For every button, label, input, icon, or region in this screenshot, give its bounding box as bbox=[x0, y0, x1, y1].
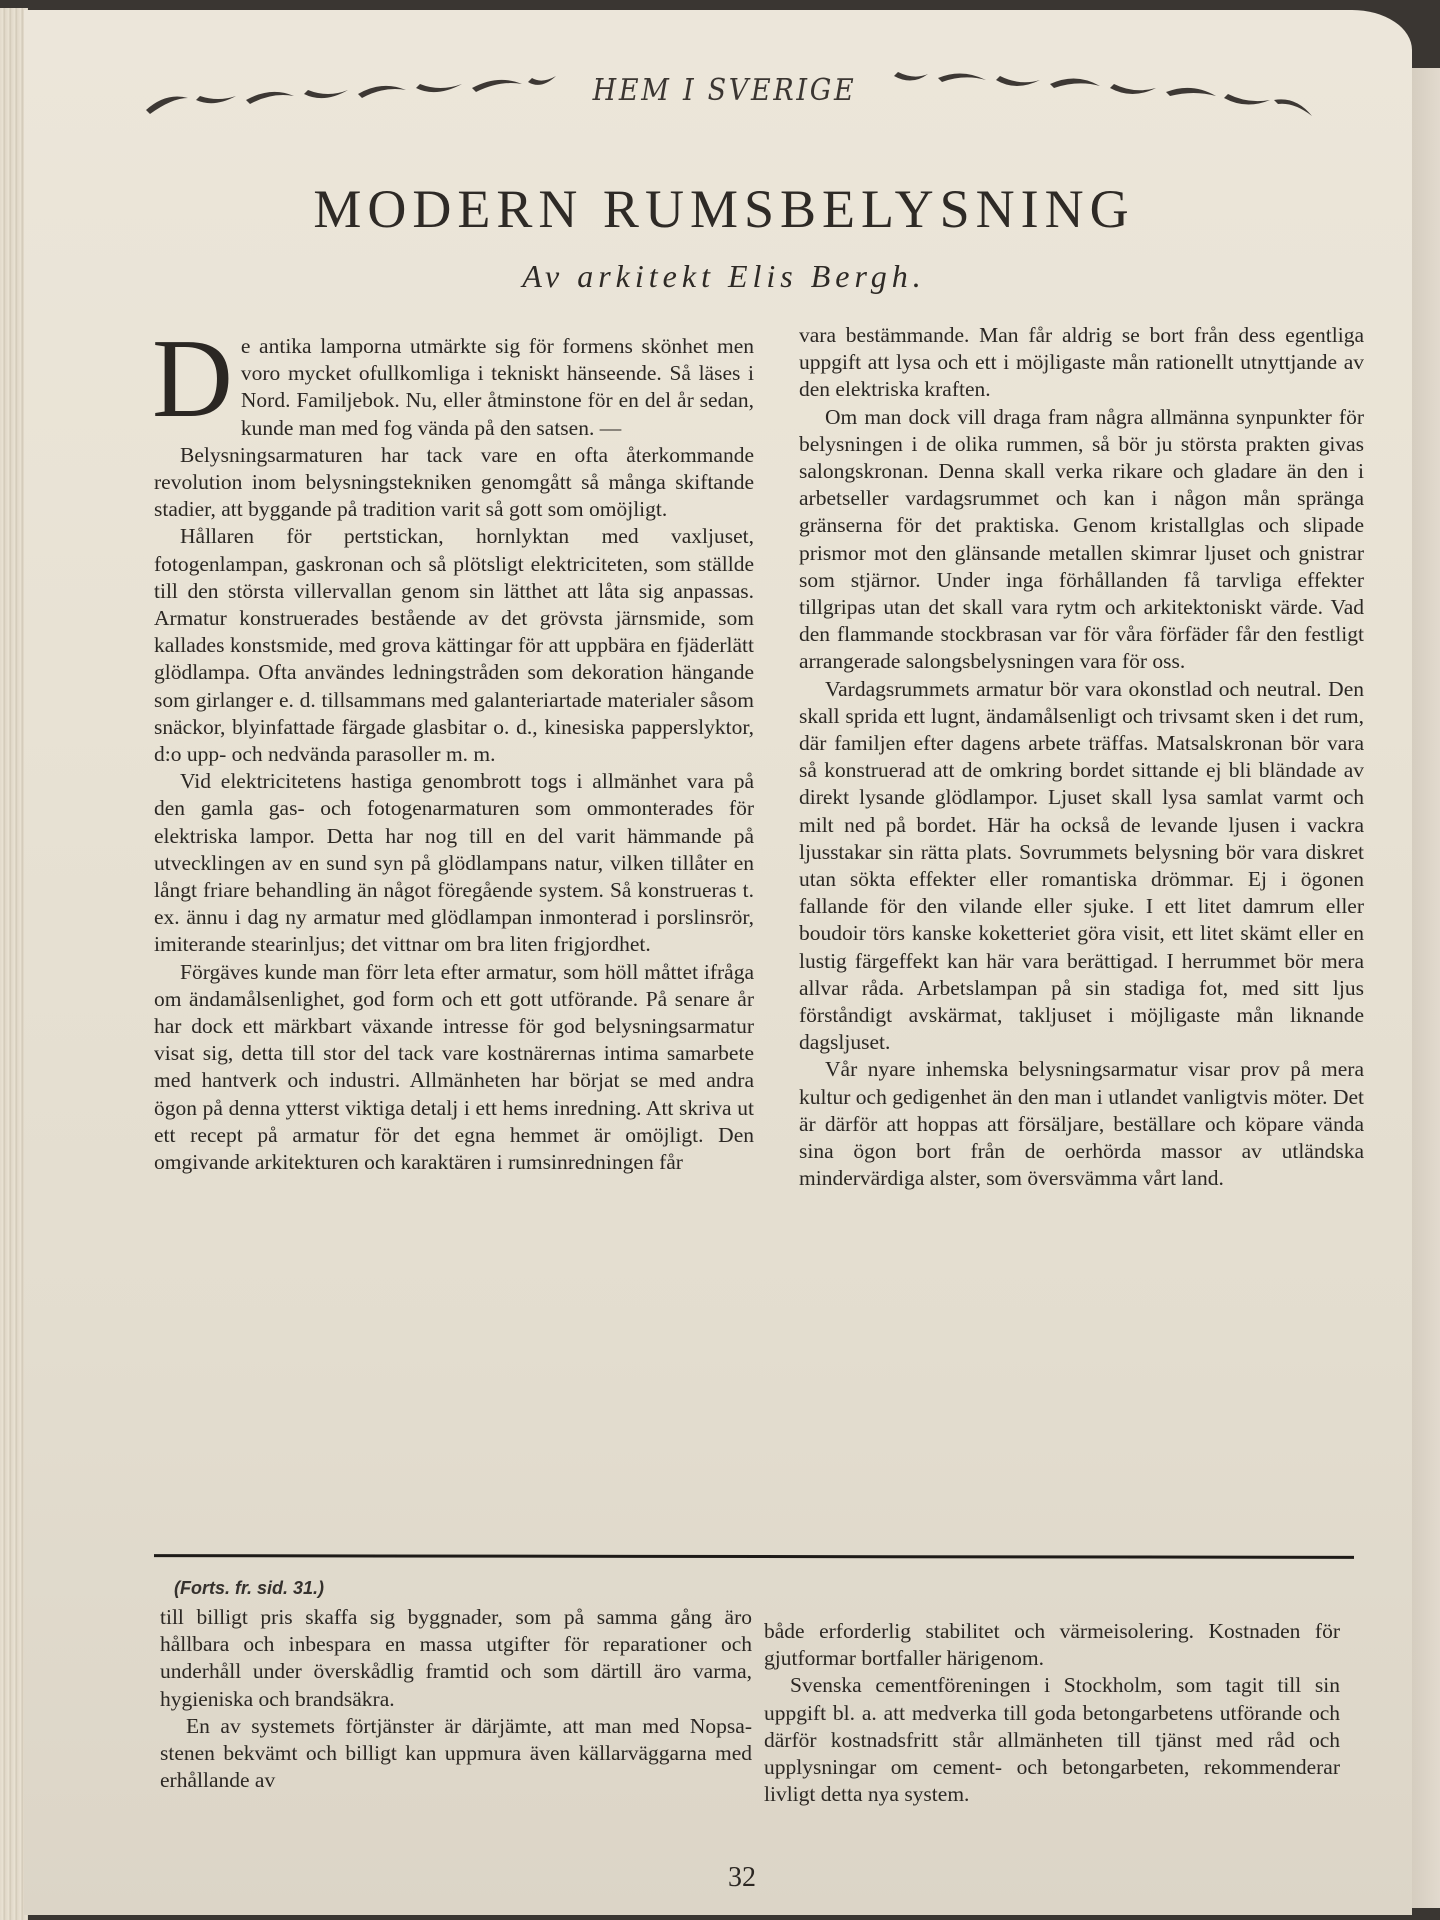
paragraph: Vår nyare inhemska belysningsarmatur vis… bbox=[799, 1056, 1364, 1192]
drop-cap: D bbox=[152, 337, 233, 421]
paragraph: både erforderlig stabilitet och värmeiso… bbox=[764, 1618, 1340, 1672]
paragraph: till billigt pris skaffa sig byggnader, … bbox=[160, 1604, 752, 1713]
paragraph: vara bestämmande. Man får aldrig se bort… bbox=[799, 322, 1364, 404]
article-column-left: De antika lamporna utmärkte sig för form… bbox=[154, 333, 754, 1176]
paragraph: En av systemets förtjänster är därjämte,… bbox=[160, 1713, 752, 1795]
bird-ornament-right-icon bbox=[894, 60, 1314, 120]
magazine-page: HEM I SVERIGE MODERN RUMSBELYSNING Av ar… bbox=[24, 10, 1412, 1915]
paragraph: Förgäves kunde man förr leta efter armat… bbox=[154, 959, 754, 1177]
bird-ornament-left-icon bbox=[136, 60, 556, 120]
paragraph: Belysningsarmaturen har tack vare en oft… bbox=[154, 442, 754, 524]
running-head-title: HEM I SVERIGE bbox=[593, 73, 857, 108]
continuation-column-right: både erforderlig stabilitet och värmeiso… bbox=[764, 1618, 1340, 1808]
page-number: 32 bbox=[728, 1862, 756, 1894]
paragraph: Om man dock vill draga fram några allmän… bbox=[799, 404, 1364, 676]
article-column-right: vara bestämmande. Man får aldrig se bort… bbox=[799, 322, 1364, 1193]
running-head: HEM I SVERIGE bbox=[120, 55, 1330, 125]
paragraph: Hållaren för pertstickan, hornlyktan med… bbox=[154, 523, 754, 768]
article-title: MODERN RUMSBELYSNING bbox=[174, 178, 1274, 240]
continuation-note: (Forts. fr. sid. 31.) bbox=[174, 1578, 324, 1599]
paragraph: Vid elektricitetens hastiga genombrott t… bbox=[154, 768, 754, 958]
paragraph: Svenska cementföreningen i Stockholm, so… bbox=[764, 1672, 1340, 1808]
next-page-edge bbox=[1408, 68, 1440, 1908]
section-divider bbox=[154, 1554, 1354, 1559]
paragraph-text: e antika lamporna utmärkte sig för forme… bbox=[241, 334, 754, 440]
article-byline: Av arkitekt Elis Bergh. bbox=[174, 258, 1274, 295]
continuation-column-left: till billigt pris skaffa sig byggnader, … bbox=[160, 1604, 752, 1794]
paragraph: Vardagsrummets armatur bör vara okonstla… bbox=[799, 676, 1364, 1057]
paragraph: De antika lamporna utmärkte sig för form… bbox=[154, 333, 754, 442]
